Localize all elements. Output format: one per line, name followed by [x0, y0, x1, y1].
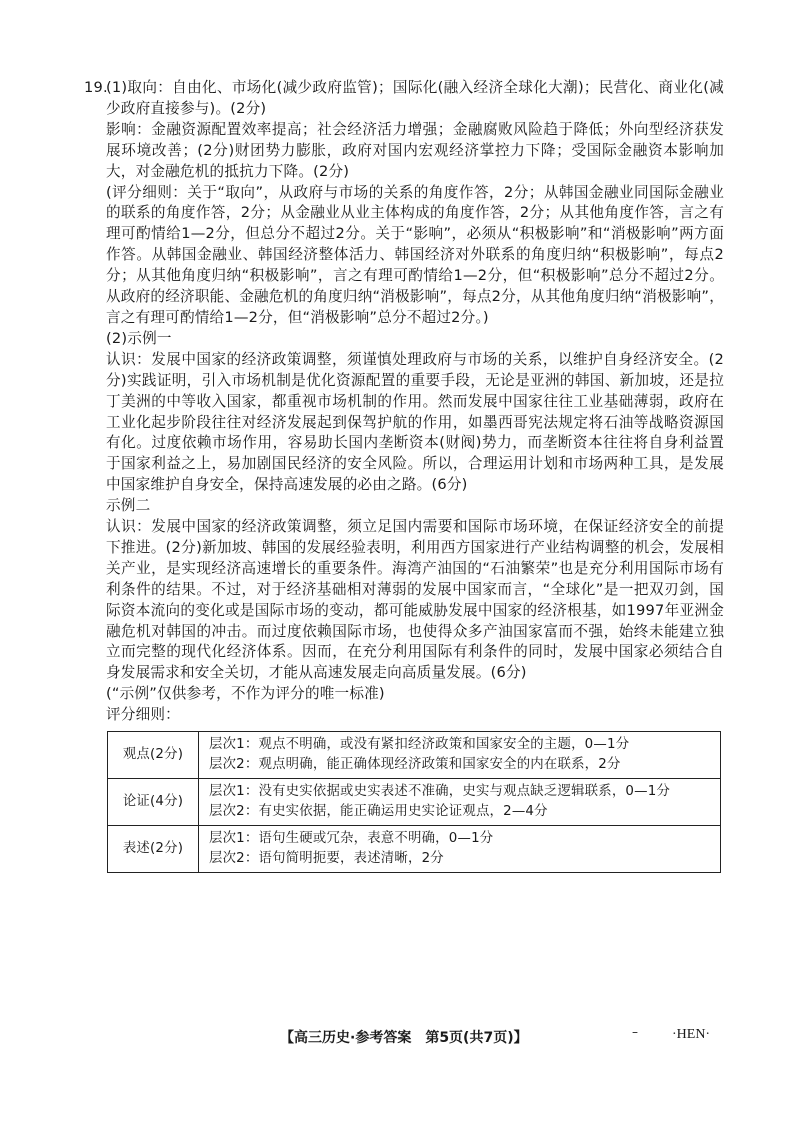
impact-text: 影响：金融资源配置效率提高；社会经济活力增强；金融腐败风险趋于降低；外向型经济获…	[106, 120, 724, 183]
rubric-levels: 层次1：没有史实依据或史实表述不准确，史实与观点缺乏逻辑联系，0—1分 层次2：…	[199, 779, 721, 826]
footer-code: ·HEN·	[672, 1027, 710, 1043]
rubric-levels: 层次1：观点不明确，或没有紧扣经济政策和国家安全的主题，0—1分 层次2：观点明…	[199, 732, 721, 779]
rubric-row-viewpoint: 观点(2分) 层次1：观点不明确，或没有紧扣经济政策和国家安全的主题，0—1分 …	[108, 732, 721, 779]
rubric-row-argument: 论证(4分) 层次1：没有史实依据或史实表述不准确，史实与观点缺乏逻辑联系，0—…	[108, 779, 721, 826]
rubric-criterion: 表述(2分)	[108, 826, 199, 873]
page-content: 19. (1)取向：自由化、市场化(减少政府监管)；国际化(融入经济全球化大潮)…	[106, 78, 724, 873]
answer-key-page: 19. (1)取向：自由化、市场化(减少政府监管)；国际化(融入经济全球化大潮)…	[0, 0, 800, 1132]
rubric-level-1: 层次1：没有史实依据或史实表述不准确，史实与观点缺乏逻辑联系，0—1分	[209, 782, 712, 802]
question-number: 19.	[84, 78, 108, 99]
rubric-level-1: 层次1：观点不明确，或没有紧扣经济政策和国家安全的主题，0—1分	[209, 735, 712, 755]
examples-disclaimer: (“示例”仅供参考，不作为评分的唯一标准)	[106, 684, 724, 705]
example2-text: 认识：发展中国家的经济政策调整，须立足国内需要和国际市场环境，在保证经济安全的前…	[106, 517, 724, 684]
example1-title: (2)示例一	[106, 329, 724, 350]
rubric-title: 评分细则：	[106, 705, 724, 726]
rubric-level-2: 层次2：语句简明扼要，表述清晰，2分	[209, 849, 712, 869]
footer-mark: –	[632, 1025, 638, 1039]
question-19-part1-orientation: 19. (1)取向：自由化、市场化(减少政府监管)；国际化(融入经济全球化大潮)…	[106, 78, 724, 120]
rubric-levels: 层次1：语句生硬或冗杂，表意不明确，0—1分 层次2：语句简明扼要，表述清晰，2…	[199, 826, 721, 873]
rubric-level-2: 层次2：有史实依据，能正确运用史实论证观点，2—4分	[209, 802, 712, 822]
rubric-table: 观点(2分) 层次1：观点不明确，或没有紧扣经济政策和国家安全的主题，0—1分 …	[107, 731, 721, 873]
example1-text: 认识：发展中国家的经济政策调整，须谨慎处理政府与市场的关系，以维护自身经济安全。…	[106, 350, 724, 496]
rubric-level-2: 层次2：观点明确，能正确体现经济政策和国家安全的内在联系，2分	[209, 755, 712, 775]
rubric-level-1: 层次1：语句生硬或冗杂，表意不明确，0—1分	[209, 829, 712, 849]
rubric-criterion: 论证(4分)	[108, 779, 199, 826]
example2-title: 示例二	[106, 496, 724, 517]
scoring-notes-part1: (评分细则：关于“取向”，从政府与市场的关系的角度作答，2分；从韩国金融业同国际…	[106, 183, 724, 329]
orientation-text: (1)取向：自由化、市场化(减少政府监管)；国际化(融入经济全球化大潮)；民营化…	[106, 78, 724, 120]
rubric-row-expression: 表述(2分) 层次1：语句生硬或冗杂，表意不明确，0—1分 层次2：语句简明扼要…	[108, 826, 721, 873]
page-footer-title: 【高三历史·参考答案 第5页(共7页)】	[280, 1027, 528, 1047]
rubric-criterion: 观点(2分)	[108, 732, 199, 779]
